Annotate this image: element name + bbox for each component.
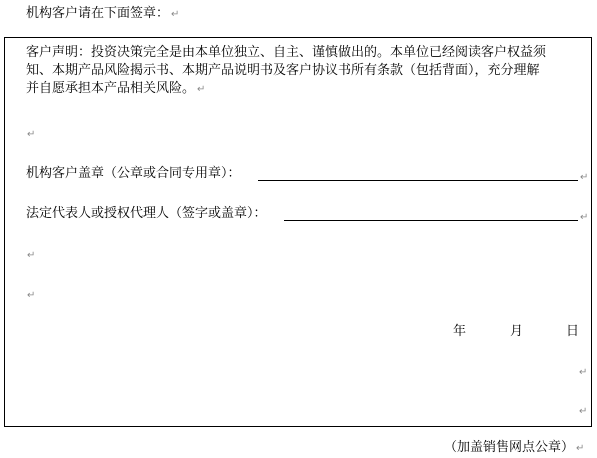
declaration-line: 知、本期产品风险揭示书、本期产品说明书及客户协议书所有条款（包括背面），充分理解 [26, 62, 586, 80]
date-year-label: 年 [453, 324, 466, 340]
paragraph-mark-icon: ↵ [577, 364, 587, 381]
signature-label: 法定代表人或授权代理人（签字或盖章）： [26, 206, 267, 222]
signature-box: 客户声明：投资决策完全是由本单位独立、自主、谨慎做出的。本单位已经阅读客户权益须… [4, 37, 592, 427]
paragraph-mark-icon: ↵ [197, 84, 205, 95]
paragraph-mark-icon: ↵ [25, 126, 35, 143]
paragraph-mark-icon: ↵ [578, 169, 588, 186]
date-month-label: 月 [510, 324, 523, 340]
declaration-line: 客户声明：投资决策完全是由本单位独立、自主、谨慎做出的。本单位已经阅读客户权益须 [26, 44, 586, 62]
paragraph-mark-icon: ↵ [25, 287, 35, 304]
representative-signature-line[interactable] [284, 220, 578, 221]
seal-signature-line[interactable] [258, 180, 578, 181]
paragraph-mark-icon: ↵ [576, 443, 584, 454]
paragraph-mark-icon: ↵ [25, 247, 35, 264]
customer-declaration: 客户声明：投资决策完全是由本单位独立、自主、谨慎做出的。本单位已经阅读客户权益须… [26, 44, 586, 99]
paragraph-mark-icon: ↵ [171, 9, 179, 20]
paragraph-mark-icon: ↵ [577, 403, 587, 420]
declaration-line: 并自愿承担本产品相关风险。↵ [26, 80, 586, 99]
instruction-text: 机构客户请在下面签章：↵ [26, 6, 179, 23]
seal-label: 机构客户盖章（公章或合同专用章）： [26, 166, 241, 182]
paragraph-mark-icon: ↵ [578, 209, 588, 226]
date-day-label: 日 [566, 324, 579, 340]
sales-outlet-seal-note: （加盖销售网点公章）↵ [444, 440, 584, 457]
